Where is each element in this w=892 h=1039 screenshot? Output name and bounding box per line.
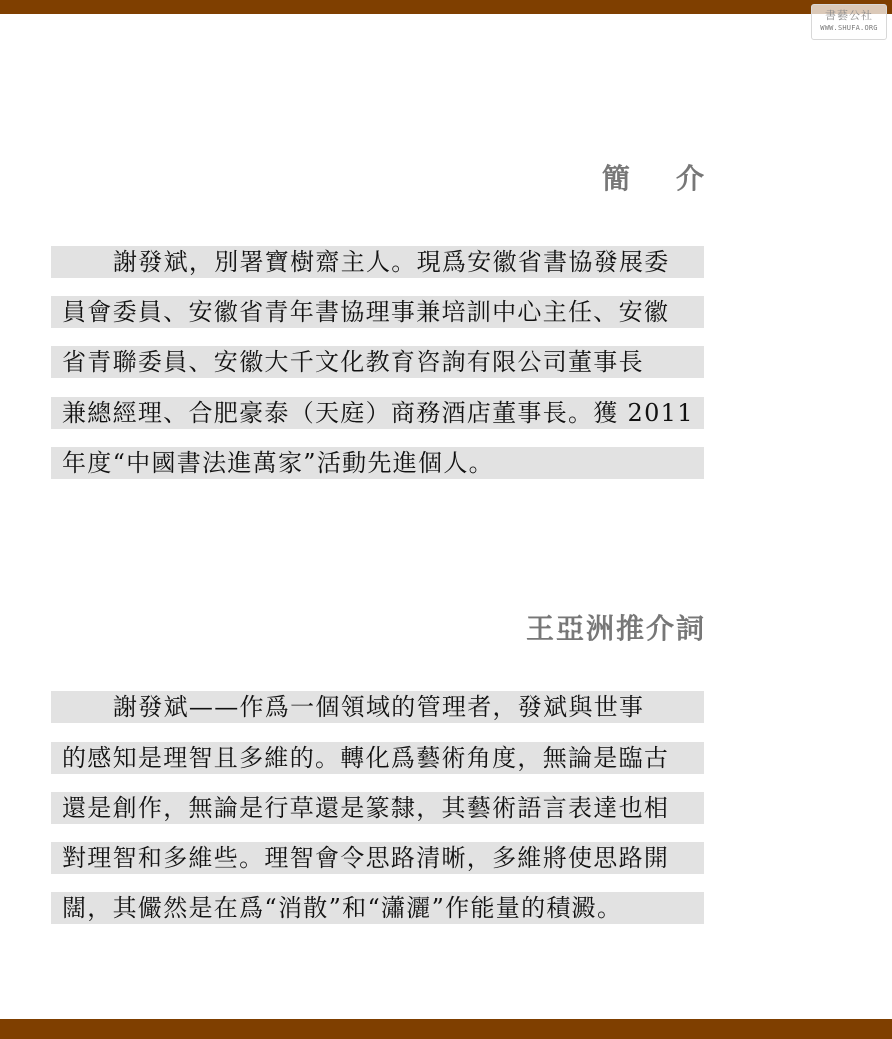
watermark-url: WWW.SHUFA.ORG: [812, 23, 886, 33]
intro-title: 簡介: [602, 163, 750, 195]
bottom-decorative-bar: [0, 1019, 892, 1039]
watermark-badge: 書藝公社 WWW.SHUFA.ORG: [811, 4, 887, 40]
top-decorative-bar: [0, 0, 892, 14]
watermark-logo: 書藝公社: [812, 9, 886, 23]
recommendation-line-4: 對理智和多維些。理智會令思路清晰，多維將使思路開: [51, 838, 704, 878]
intro-line-2: 員會委員、安徽省青年書協理事兼培訓中心主任、安徽: [51, 292, 704, 332]
intro-line-3: 省青聯委員、安徽大千文化教育咨詢有限公司董事長: [51, 342, 704, 382]
intro-line-1: 謝發斌，別署寶樹齋主人。現爲安徽省書協發展委: [51, 242, 704, 282]
recommendation-line-2: 的感知是理智且多維的。轉化爲藝術角度，無論是臨古: [51, 738, 704, 778]
recommendation-line-1: 謝發斌——作爲一個領域的管理者，發斌與世事: [51, 687, 704, 727]
intro-line-5: 年度“中國書法進萬家”活動先進個人。: [51, 443, 704, 483]
recommendation-line-3: 還是創作，無論是行草還是篆隸，其藝術語言表達也相: [51, 788, 704, 828]
intro-line-4: 兼總經理、合肥豪泰（天庭）商務酒店董事長。獲 2011: [51, 393, 704, 433]
recommendation-title: 王亞洲推介詞: [526, 613, 706, 645]
recommendation-line-5: 闊，其儼然是在爲“消散”和“瀟灑”作能量的積澱。: [51, 888, 704, 928]
